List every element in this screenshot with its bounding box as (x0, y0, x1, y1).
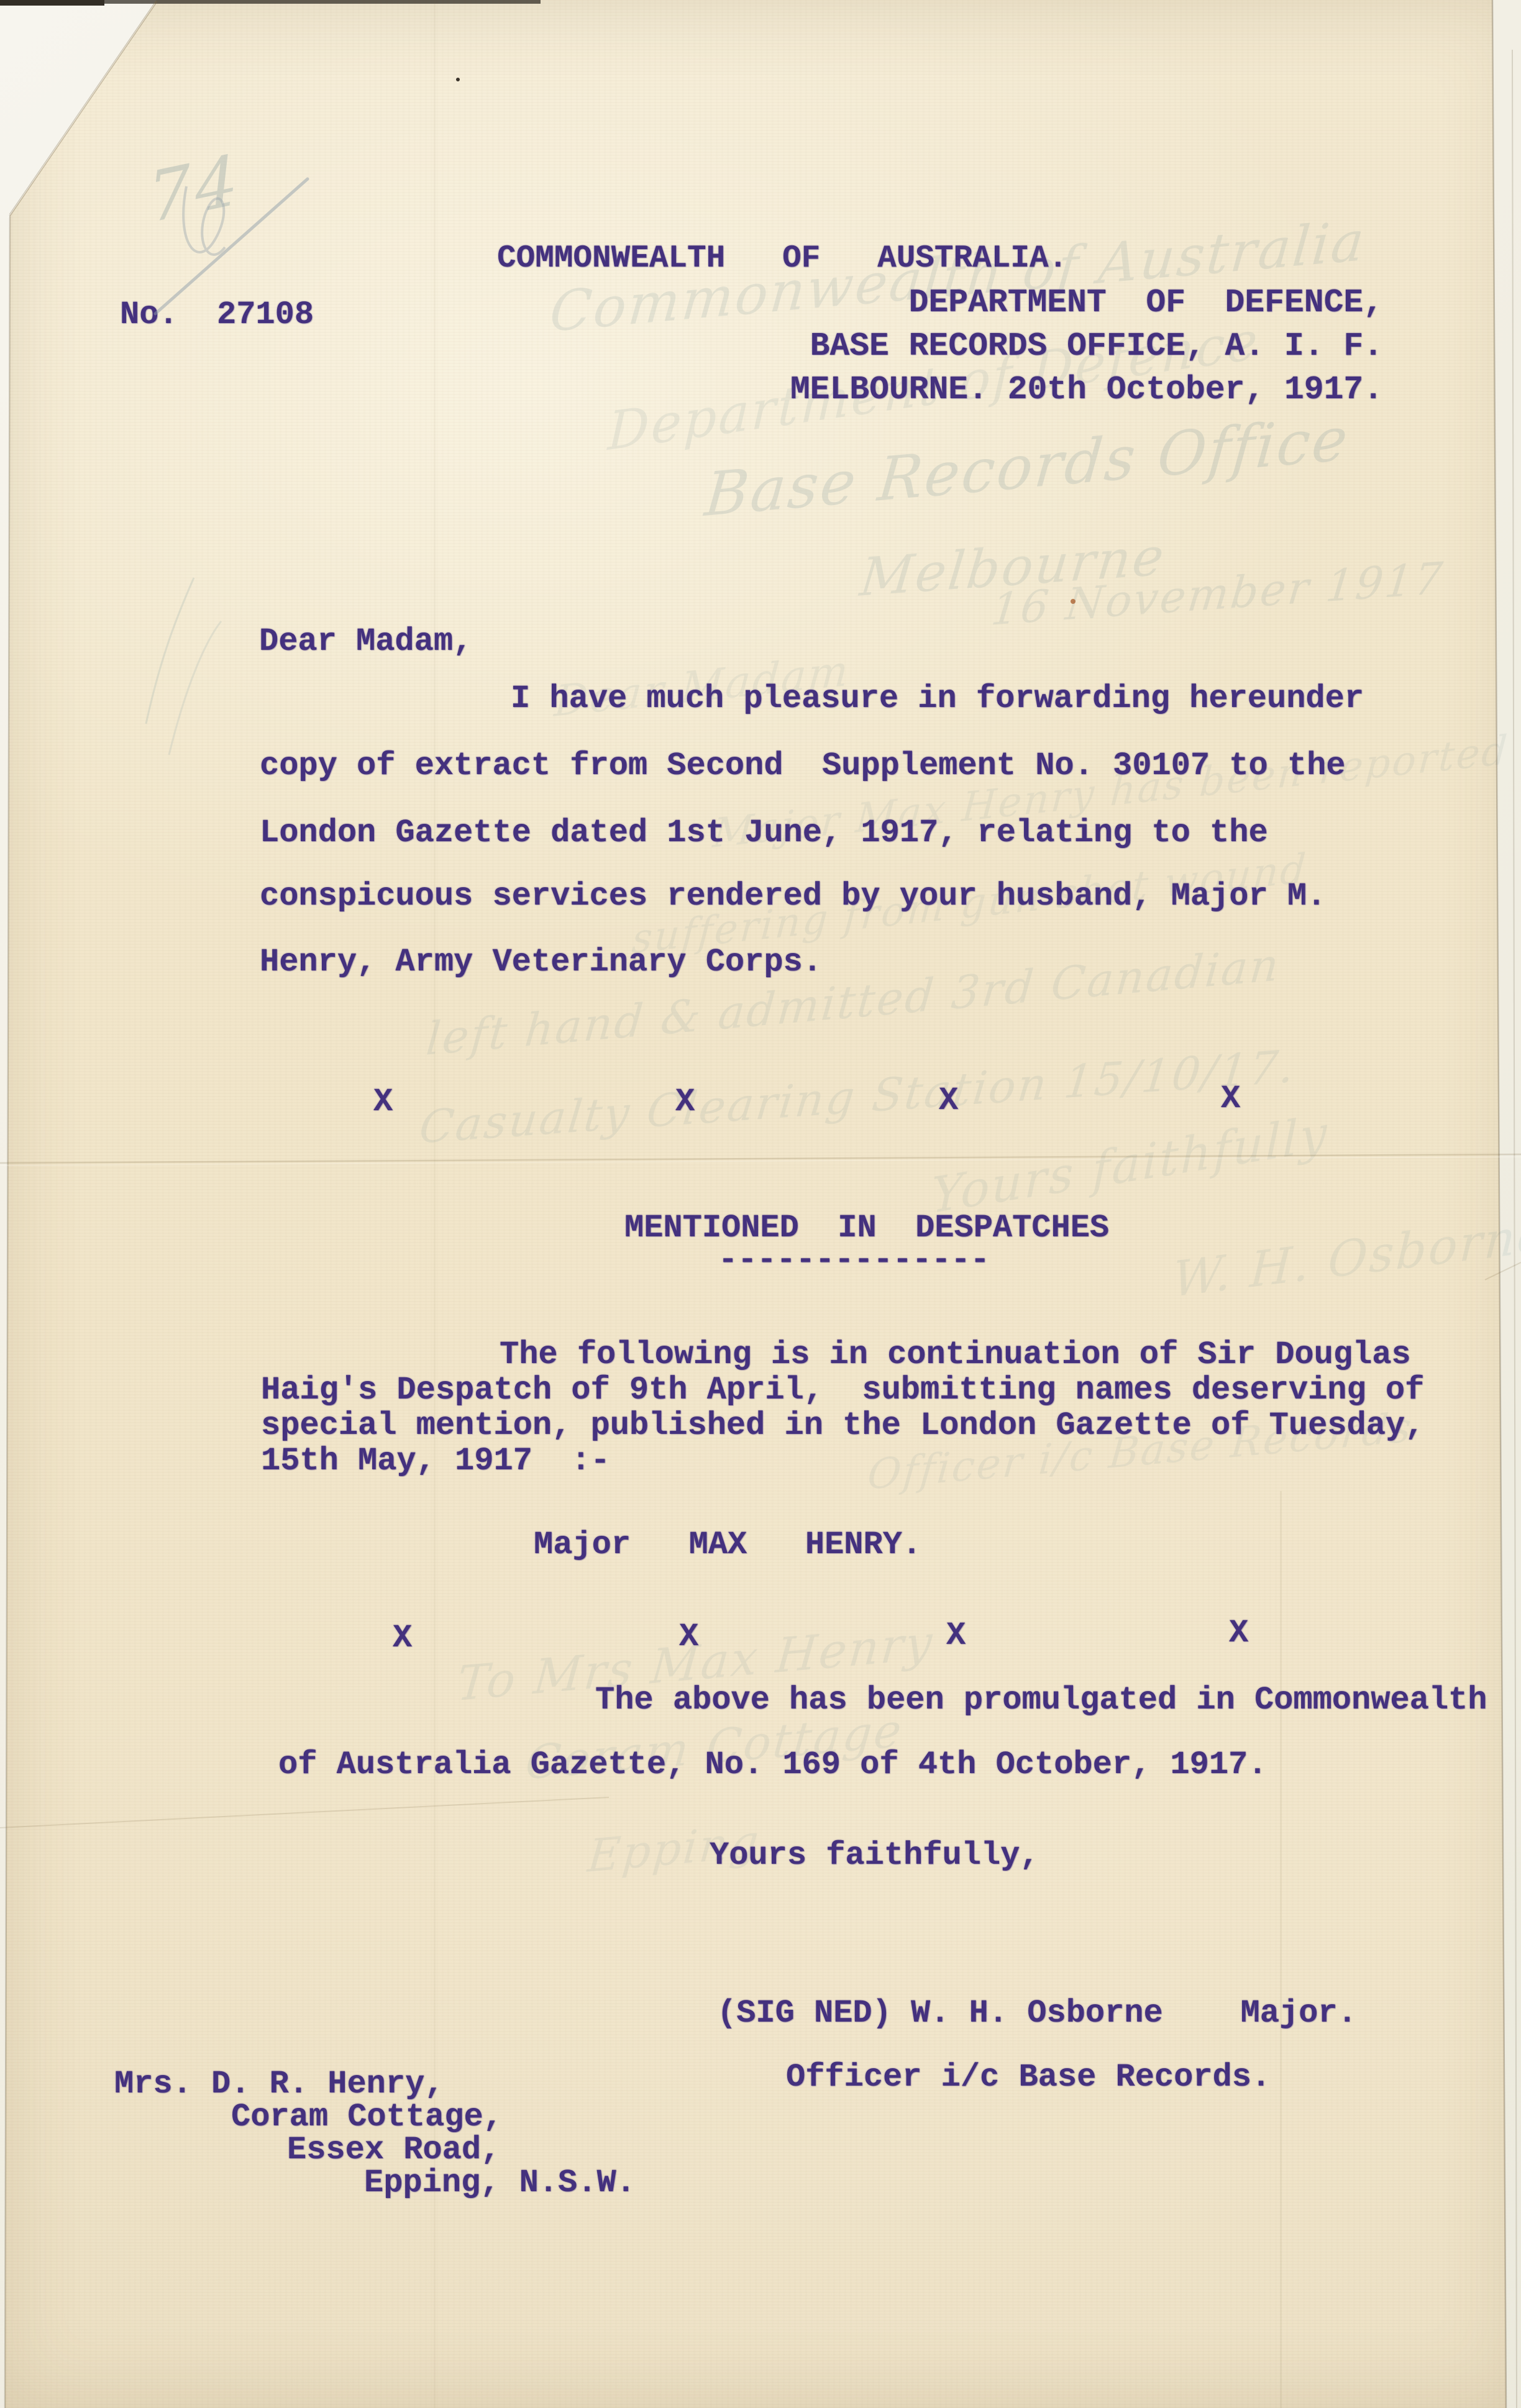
scanned-letter-page: Commonwealth of Australia Department of … (0, 0, 1521, 2408)
right-paper-edge (1492, 0, 1506, 2408)
lower-fold-crease (0, 1797, 609, 1828)
left-paper-edge (5, 215, 10, 2408)
ink-speck-dark (456, 78, 460, 81)
ink-speck-rust (1071, 599, 1076, 604)
second-sheet-edge (1512, 50, 1517, 2408)
pencil-scribble-2 (169, 621, 221, 755)
scanner-streak-left (434, 0, 436, 2408)
scan-artifacts-overlay (0, 0, 1521, 2408)
corner-fold-highlight (8, 4, 155, 217)
pencil-scribble-1 (146, 578, 194, 724)
scanner-streak-right (1280, 1491, 1282, 2408)
horizontal-fold-crease (0, 1154, 1521, 1163)
pencil-slash-stroke (155, 179, 308, 314)
pencil-loop-stroke (183, 186, 225, 255)
right-edge-notch-crease (1485, 1262, 1521, 1280)
